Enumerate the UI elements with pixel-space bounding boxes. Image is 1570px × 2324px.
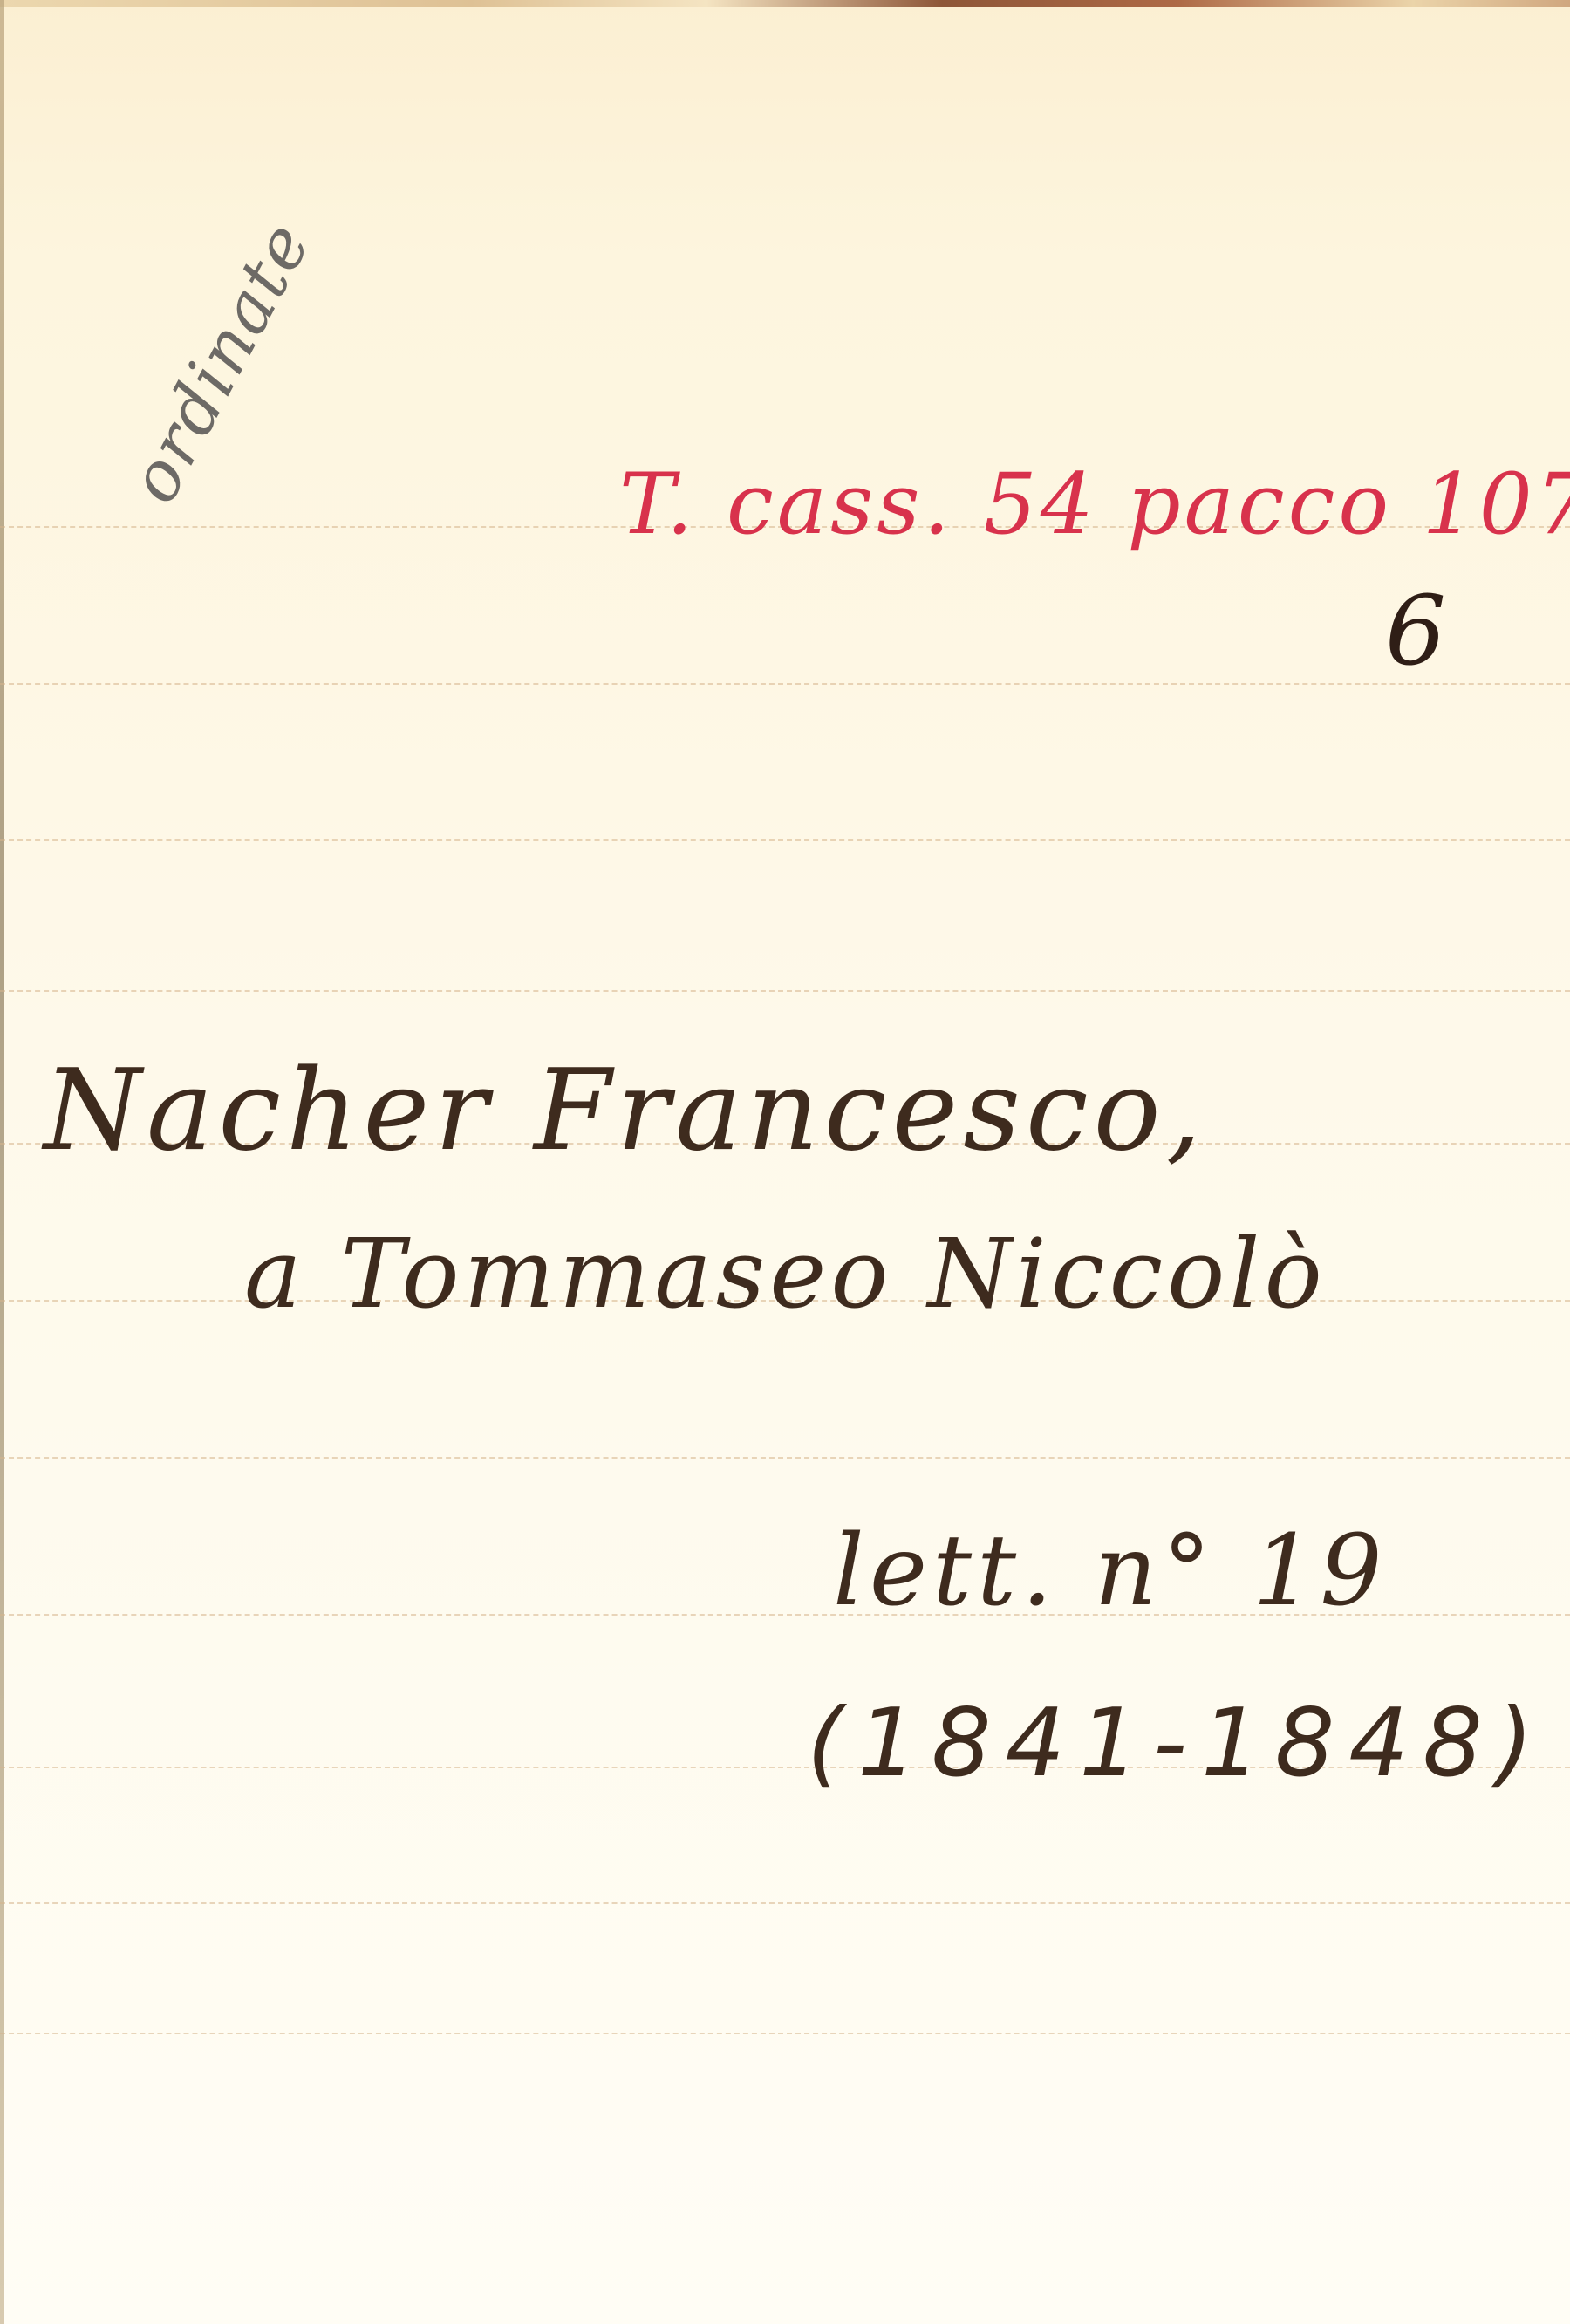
date-range: (1841-1848)	[807, 1697, 1547, 1791]
card-top-edge	[0, 0, 1570, 7]
ruled-line	[0, 839, 1570, 841]
ruled-line	[0, 2033, 1570, 2034]
sender-name: Nacher Francesco,	[44, 1056, 1206, 1167]
card-left-edge	[0, 0, 4, 2324]
letters-count: lett. n° 19	[833, 1522, 1388, 1620]
pencil-annotation: ordinate	[119, 212, 322, 513]
ruled-line	[0, 1457, 1570, 1459]
ruled-line	[0, 1902, 1570, 1904]
index-card: ordinate T. cass. 54 pacco 107. 6 Nacher…	[0, 0, 1570, 2324]
sub-number: 6	[1385, 583, 1446, 679]
shelfmark: T. cass. 54 pacco 107.	[619, 462, 1570, 546]
addressee-name: a Tommaseo Niccolò	[244, 1226, 1327, 1322]
ruled-line	[0, 683, 1570, 685]
ruled-line	[0, 990, 1570, 992]
